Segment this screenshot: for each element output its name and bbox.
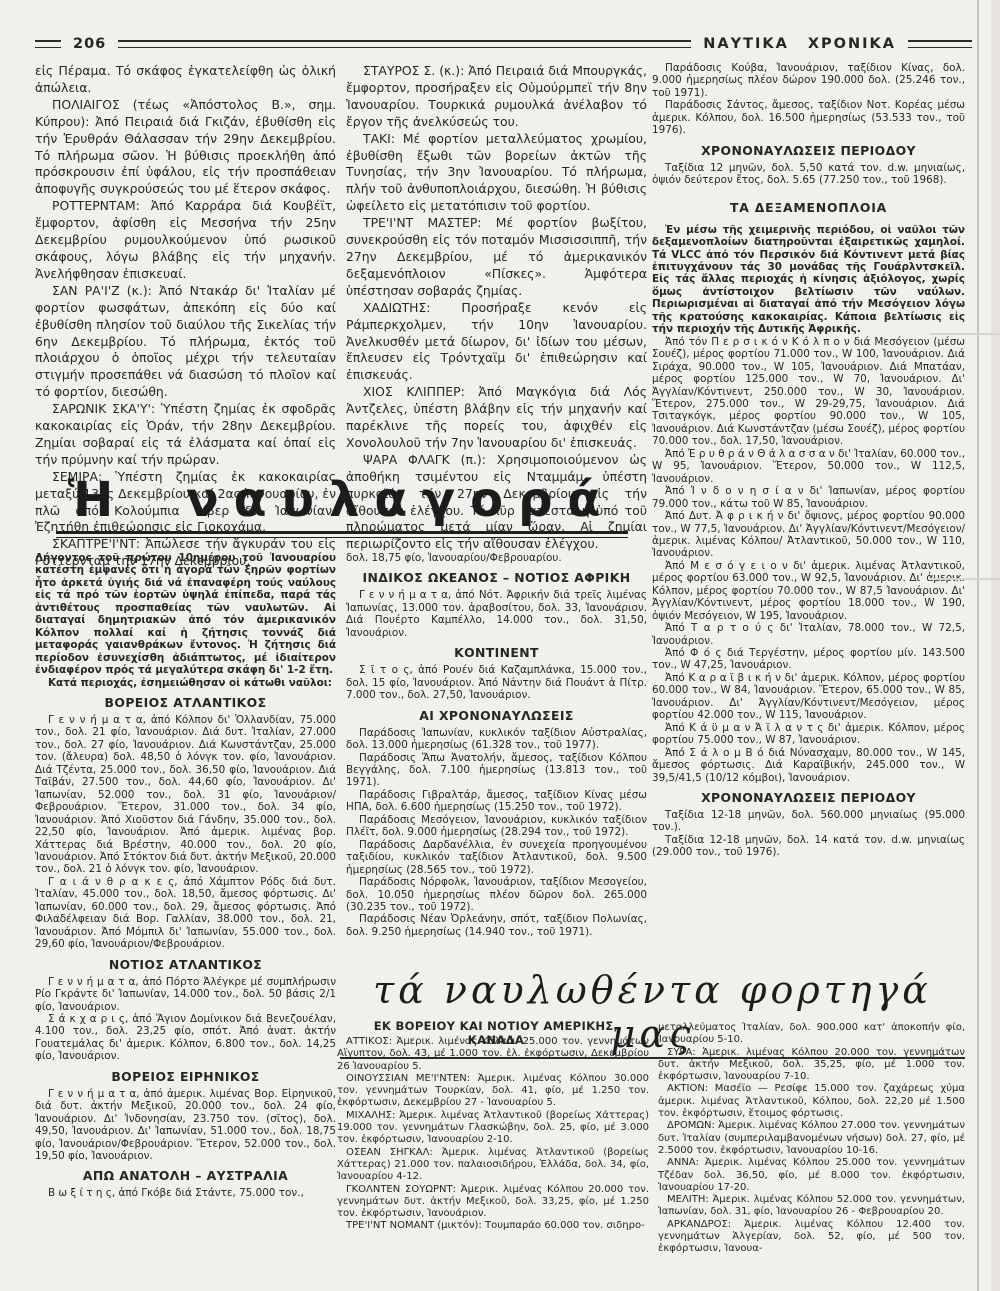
chartered-entry: ΜΙΧΑΛΗΣ: Ἀμερικ. λιμένας Ἀτλαντικοῦ (βορ… <box>337 1110 649 1147</box>
scan-artifact-line <box>930 333 1000 335</box>
chartered-entry: ΑΡΚΑΝΔΡΟΣ: Ἀμερικ. λιμένας Κόλπου 12.400… <box>658 1219 965 1256</box>
casualty-paragraph: ΤΡΕ'Ι'ΝΤ ΜΑΣΤΕΡ: Μέ φορτίον βωξίτου, συν… <box>346 215 647 300</box>
chartered-column-left: ΑΤΤΙΚΟΣ: Ἀμερικ. λιμένας Κόλπου 25.000 τ… <box>337 1036 649 1233</box>
page-edge-shade <box>991 0 1000 1291</box>
chartered-entry: ΜΕΛΙΤΗ: Ἀμερικ. λιμένας Κόλπου 52.000 το… <box>658 1194 965 1219</box>
headline-double-rule <box>56 531 628 538</box>
journal-title: ΝΑΥΤΙΚΑ ΧΡΟΝΙΚΑ <box>703 36 896 52</box>
tanker-column: Παράδοσις Κούβα, Ἰανουάριον, ταξίδιον Κί… <box>652 62 965 859</box>
section-heading-tankers: ΤΑ ΔΕΞΑΜΕΝΟΠΛΟΙΑ <box>652 200 965 215</box>
chartered-entry: ΤΡΕ'Ι'ΝΤ ΝΟΜΑΝΤ (μικτόν): Τουμπαράο 60.0… <box>337 1220 649 1232</box>
chartered-entry: ΓΚΟΛΝΤΕΝ ΣΟΥΩΡΝΤ: Ἀμερικ. λιμένας Κόλπου… <box>337 1184 649 1221</box>
charter-paragraph: Ταξίδια 12 μηνῶν, δολ. 5,50 κατά τον. d.… <box>652 162 965 187</box>
tanker-rate-paragraph: Ἀπό τόν Π ε ρ σ ι κ ό ν Κ ό λ π ο ν διά … <box>652 336 965 448</box>
casualty-paragraph: ΣΑΡΩΝΙΚ ΣΚΑ'Υ': Ὑπέστη ζημίας ἐκ σφοδρᾶς… <box>35 401 336 469</box>
casualty-paragraph: ΣΑΝ ΡΑ'Ι'Ζ (κ.): Ἀπό Ντακάρ δι' Ἰταλίαν … <box>35 283 336 401</box>
tanker-rate-paragraph: Ἀπό Ἰ ν δ ο ν η σ ί α ν δι' Ἰαπωνίαν, μέ… <box>652 485 965 510</box>
freight-paragraph: Γ ε ν ν ή μ α τ α, ἀπό Πόρτο Ἀλέγκρε μέ … <box>35 976 336 1013</box>
casualty-paragraph: ΣΤΑΥΡΟΣ Σ. (κ.): Ἀπό Πειραιά διά Μπουργκ… <box>346 63 647 131</box>
header-rule-left <box>35 40 61 48</box>
tanker-rate-paragraph: Ἀπό Κ ά ϋ μ α ν Ἀ ϊ λ α ν τ ς δι' ἀμερικ… <box>652 722 965 747</box>
casualty-paragraph: ΠΟΛΙΑΙΓΟΣ (τέως «Ἀπόστολος Β.», σημ. Κύπ… <box>35 97 336 198</box>
chartered-entry: ΟΙΝΟΥΣΣΙΑΝ ΜΕ'Ι'ΝΤΕΝ: Ἀμερικ. λιμένας Κό… <box>337 1073 649 1110</box>
tanker-rate-paragraph: Ἀπό Τ α ρ τ ο ύ ς δι' Ἰταλίαν, 78.000 το… <box>652 622 965 647</box>
freight-paragraph: Σ ά κ χ α ρ ι ς, ἀπό Ἅγιον Δομίνικον διά… <box>35 1013 336 1063</box>
tanker-rate-paragraph: Ἀπό Μ ε σ ό γ ε ι ο ν δι' ἀμερικ. λιμένα… <box>652 560 965 622</box>
chartered-column-right: μεταλλεύματος Ἰταλίαν, δολ. 900.000 κατ'… <box>658 1022 965 1256</box>
section-heading-timecharters: ΑΙ ΧΡΟΝΟΝΑΥΛΩΣΕΙΣ <box>346 708 647 723</box>
section-heading-period-charters: ΧΡΟΝΟΝΑΥΛΩΣΕΙΣ ΠΕΡΙΟΔΟΥ <box>652 143 965 158</box>
header-rule-middle <box>118 40 691 48</box>
freight-market-headline: Ἡ ναυλαγορά <box>35 472 648 528</box>
charter-paragraph: Ταξίδια 12-18 μηνῶν, δολ. 560.000 μηνιαί… <box>652 809 965 834</box>
tanker-rate-paragraph: Ἀπό Δυτ. Ἀ φ ρ ι κ ή ν δι' ὄψιονς, μέρος… <box>652 510 965 560</box>
casualty-paragraph: ΡΟΤΤΕΡΝΤΑΜ: Ἀπό Καρράρα διά Κουβέϊτ, ἔμφ… <box>35 198 336 283</box>
magazine-page: 206 ΝΑΥΤΙΚΑ ΧΡΟΝΙΚΑ εἰς Πέραμα. Τό σκάφο… <box>0 0 1000 1291</box>
timecharter-paragraph: Παράδοσις Νόρφολκ, Ἰανουάριον, ταξίδιον … <box>346 876 647 913</box>
section-heading-south-atlantic: ΝΟΤΙΟΣ ΑΤΛΑΝΤΙΚΟΣ <box>35 957 336 972</box>
freight-paragraph: Γ α ι ά ν θ ρ α κ ε ς, ἀπό Χάμπτον Ρόδς … <box>35 876 336 951</box>
chartered-entry: ΟΣΕΑΝ ΣΗΓΚΑΛ: Ἀμερικ. λιμένας Ἀτλαντικοῦ… <box>337 1147 649 1184</box>
chartered-entry: μεταλλεύματος Ἰταλίαν, δολ. 900.000 κατ'… <box>658 1022 965 1047</box>
timecharter-paragraph: Παράδοσις Μεσόγειον, Ἰανουάριον, κυκλικό… <box>346 814 647 839</box>
page-edge-line <box>977 0 979 1291</box>
charter-paragraph: Παράδοσις Κούβα, Ἰανουάριον, ταξίδιον Κί… <box>652 62 965 99</box>
chartered-entry: ΑΝΝΑ: Ἀμερικ. λιμένας Κόλπου 25.000 τον.… <box>658 1157 965 1194</box>
freight-paragraph: Γ ε ν ν ή μ α τ α, ἀπό Νότ. Ἀφρικήν διά … <box>346 589 647 639</box>
charter-paragraph: Παράδοσις Σάντος, ἄμεσος, ταξίδιον Νοτ. … <box>652 99 965 136</box>
casualty-paragraph: ΤΑΚΙ: Μέ φορτίον μεταλλεύματος χρωμίου, … <box>346 131 647 216</box>
tanker-rate-paragraph: Ἀπό Φ ό ς διά Τεργέστην, μέρος φορτίου μ… <box>652 647 965 672</box>
tanker-rate-paragraph: Ἀπό Κ α ρ α ϊ β ι κ ή ν δι' ἀμερικ. Κόλπ… <box>652 672 965 722</box>
freight-column-2: δολ. 18,75 φίο, Ἰανουαρίου/Φεβρουαρίου. … <box>346 552 647 938</box>
section-heading-far-east-australia: ΑΠΩ ΑΝΑΤΟΛΗ – ΑΥΣΤΡΑΛΙΑ <box>35 1168 336 1183</box>
page-header: 206 ΝΑΥΤΙΚΑ ΧΡΟΝΙΚΑ <box>35 36 972 52</box>
casualty-paragraph: ΧΙΟΣ ΚΛΙΠΠΕΡ: Ἀπό Μαγκόγια διά Λός Ἀντζε… <box>346 384 647 452</box>
tankers-intro-paragraph: Ἐν μέσω τῆς χειμερινῆς περιόδου, οἱ ναῦλ… <box>652 224 965 336</box>
freight-column-1: Λήγοντος τοῦ πρώτου 10ημέρου τοῦ Ἰανουαρ… <box>35 552 336 1200</box>
charter-paragraph: Ταξίδια 12-18 μηνῶν, δολ. 14 κατά τον. d… <box>652 834 965 859</box>
freight-paragraph: Β ω ξ ί τ η ς, ἀπό Γκόβε διά Στάντε, 75.… <box>35 1187 336 1199</box>
section-heading-continent: ΚΟΝΤΙΝΕΝΤ <box>346 645 647 660</box>
casualty-paragraph: ΧΑΔΙΩΤΗΣ: Προσήραξε κενόν εἰς Ράμπερκχολ… <box>346 300 647 385</box>
scan-artifact-line <box>930 578 1000 580</box>
chartered-entry: ΣΥΡΑ: Ἀμερικ. λιμένας Κόλπου 20.000 τον.… <box>658 1047 965 1084</box>
page-number: 206 <box>73 36 106 52</box>
chartered-entry: ΔΡΟΜΩΝ: Ἀμερικ. λιμένας Κόλπου 27.000 το… <box>658 1120 965 1157</box>
freight-paragraph: Γ ε ν ν ή μ α τ α, ἀπό Κόλπον δι' Ὁλλανδ… <box>35 714 336 876</box>
tanker-rate-paragraph: Ἀπό Ἐ ρ υ θ ρ ά ν Θ ά λ α σ σ α ν δι' Ἰτ… <box>652 448 965 485</box>
section-heading-period-charters-2: ΧΡΟΝΟΝΑΥΛΩΣΕΙΣ ΠΕΡΙΟΔΟΥ <box>652 790 965 805</box>
section-heading-north-atlantic: ΒΟΡΕΙΟΣ ΑΤΛΑΝΤΙΚΟΣ <box>35 695 336 710</box>
freight-note: Κατά περιοχάς, ἐσημειώθησαν οἱ κάτωθι να… <box>35 677 336 689</box>
section-heading-indian-ocean: ΙΝΔΙΚΟΣ ΩΚΕΑΝΟΣ – ΝΟΤΙΟΣ ΑΦΡΙΚΗ <box>346 570 647 585</box>
section-heading-north-pacific: ΒΟΡΕΙΟΣ ΕΙΡΗΝΙΚΟΣ <box>35 1069 336 1084</box>
tanker-rate-paragraph: Ἀπό Σ ά λ ο μ Β ό διά Νύνασχαμν, 80.000 … <box>652 747 965 784</box>
timecharter-paragraph: Παράδοσις Γιβραλτάρ, ἄμεσος, ταξίδιον Κί… <box>346 789 647 814</box>
casualty-paragraph: εἰς Πέραμα. Τό σκάφος ἐγκατελείφθη ὡς ὁλ… <box>35 63 336 97</box>
freight-paragraph: Γ ε ν ν ή μ α τ α, ἀπό ἀμερικ. λιμένας Β… <box>35 1088 336 1163</box>
timecharter-paragraph: Παράδοσις Ἰαπωνίαν, κυκλικόν ταξίδιον Αὐ… <box>346 727 647 752</box>
chartered-entry: ΑΤΤΙΚΟΣ: Ἀμερικ. λιμένας Κόλπου 25.000 τ… <box>337 1036 649 1073</box>
timecharter-paragraph: Παράδοσις Νέαν Ὀρλεάνην, σπότ, ταξίδιον … <box>346 913 647 938</box>
freight-paragraph: Σ ῖ τ ο ς, ἀπό Ρουέν διά Καζαμπλάνκα, 15… <box>346 664 647 701</box>
freight-carryover-line: δολ. 18,75 φίο, Ἰανουαρίου/Φεβρουαρίου. <box>346 552 647 564</box>
timecharter-paragraph: Παράδοσις Ἄπω Ἀνατολήν, ἄμεσος, ταξίδιον… <box>346 752 647 789</box>
freight-market-headline-block: Ἡ ναυλαγορά <box>35 472 648 538</box>
timecharter-paragraph: Παράδοσις Δαρδανέλλια, ἐν συνεχεία προηγ… <box>346 839 647 876</box>
freight-intro-paragraph: Λήγοντος τοῦ πρώτου 10ημέρου τοῦ Ἰανουαρ… <box>35 552 336 677</box>
chartered-entry: ΑΚΤΙΟΝ: Μασέϊο — Ρεσίφε 15.000 τον. ζαχά… <box>658 1083 965 1120</box>
header-rule-right <box>908 40 972 48</box>
